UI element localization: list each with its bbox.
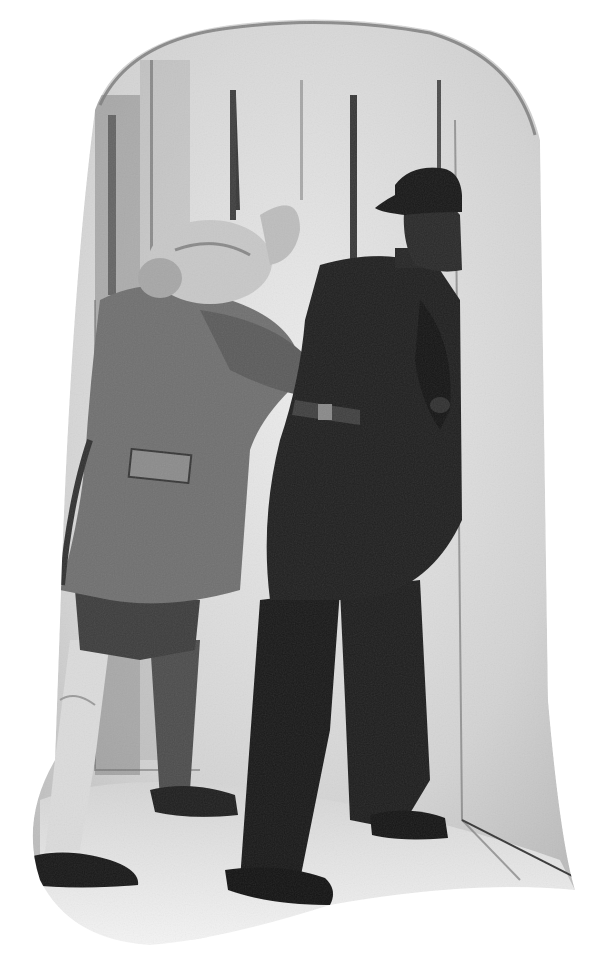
halftone-photograph [0,0,600,972]
